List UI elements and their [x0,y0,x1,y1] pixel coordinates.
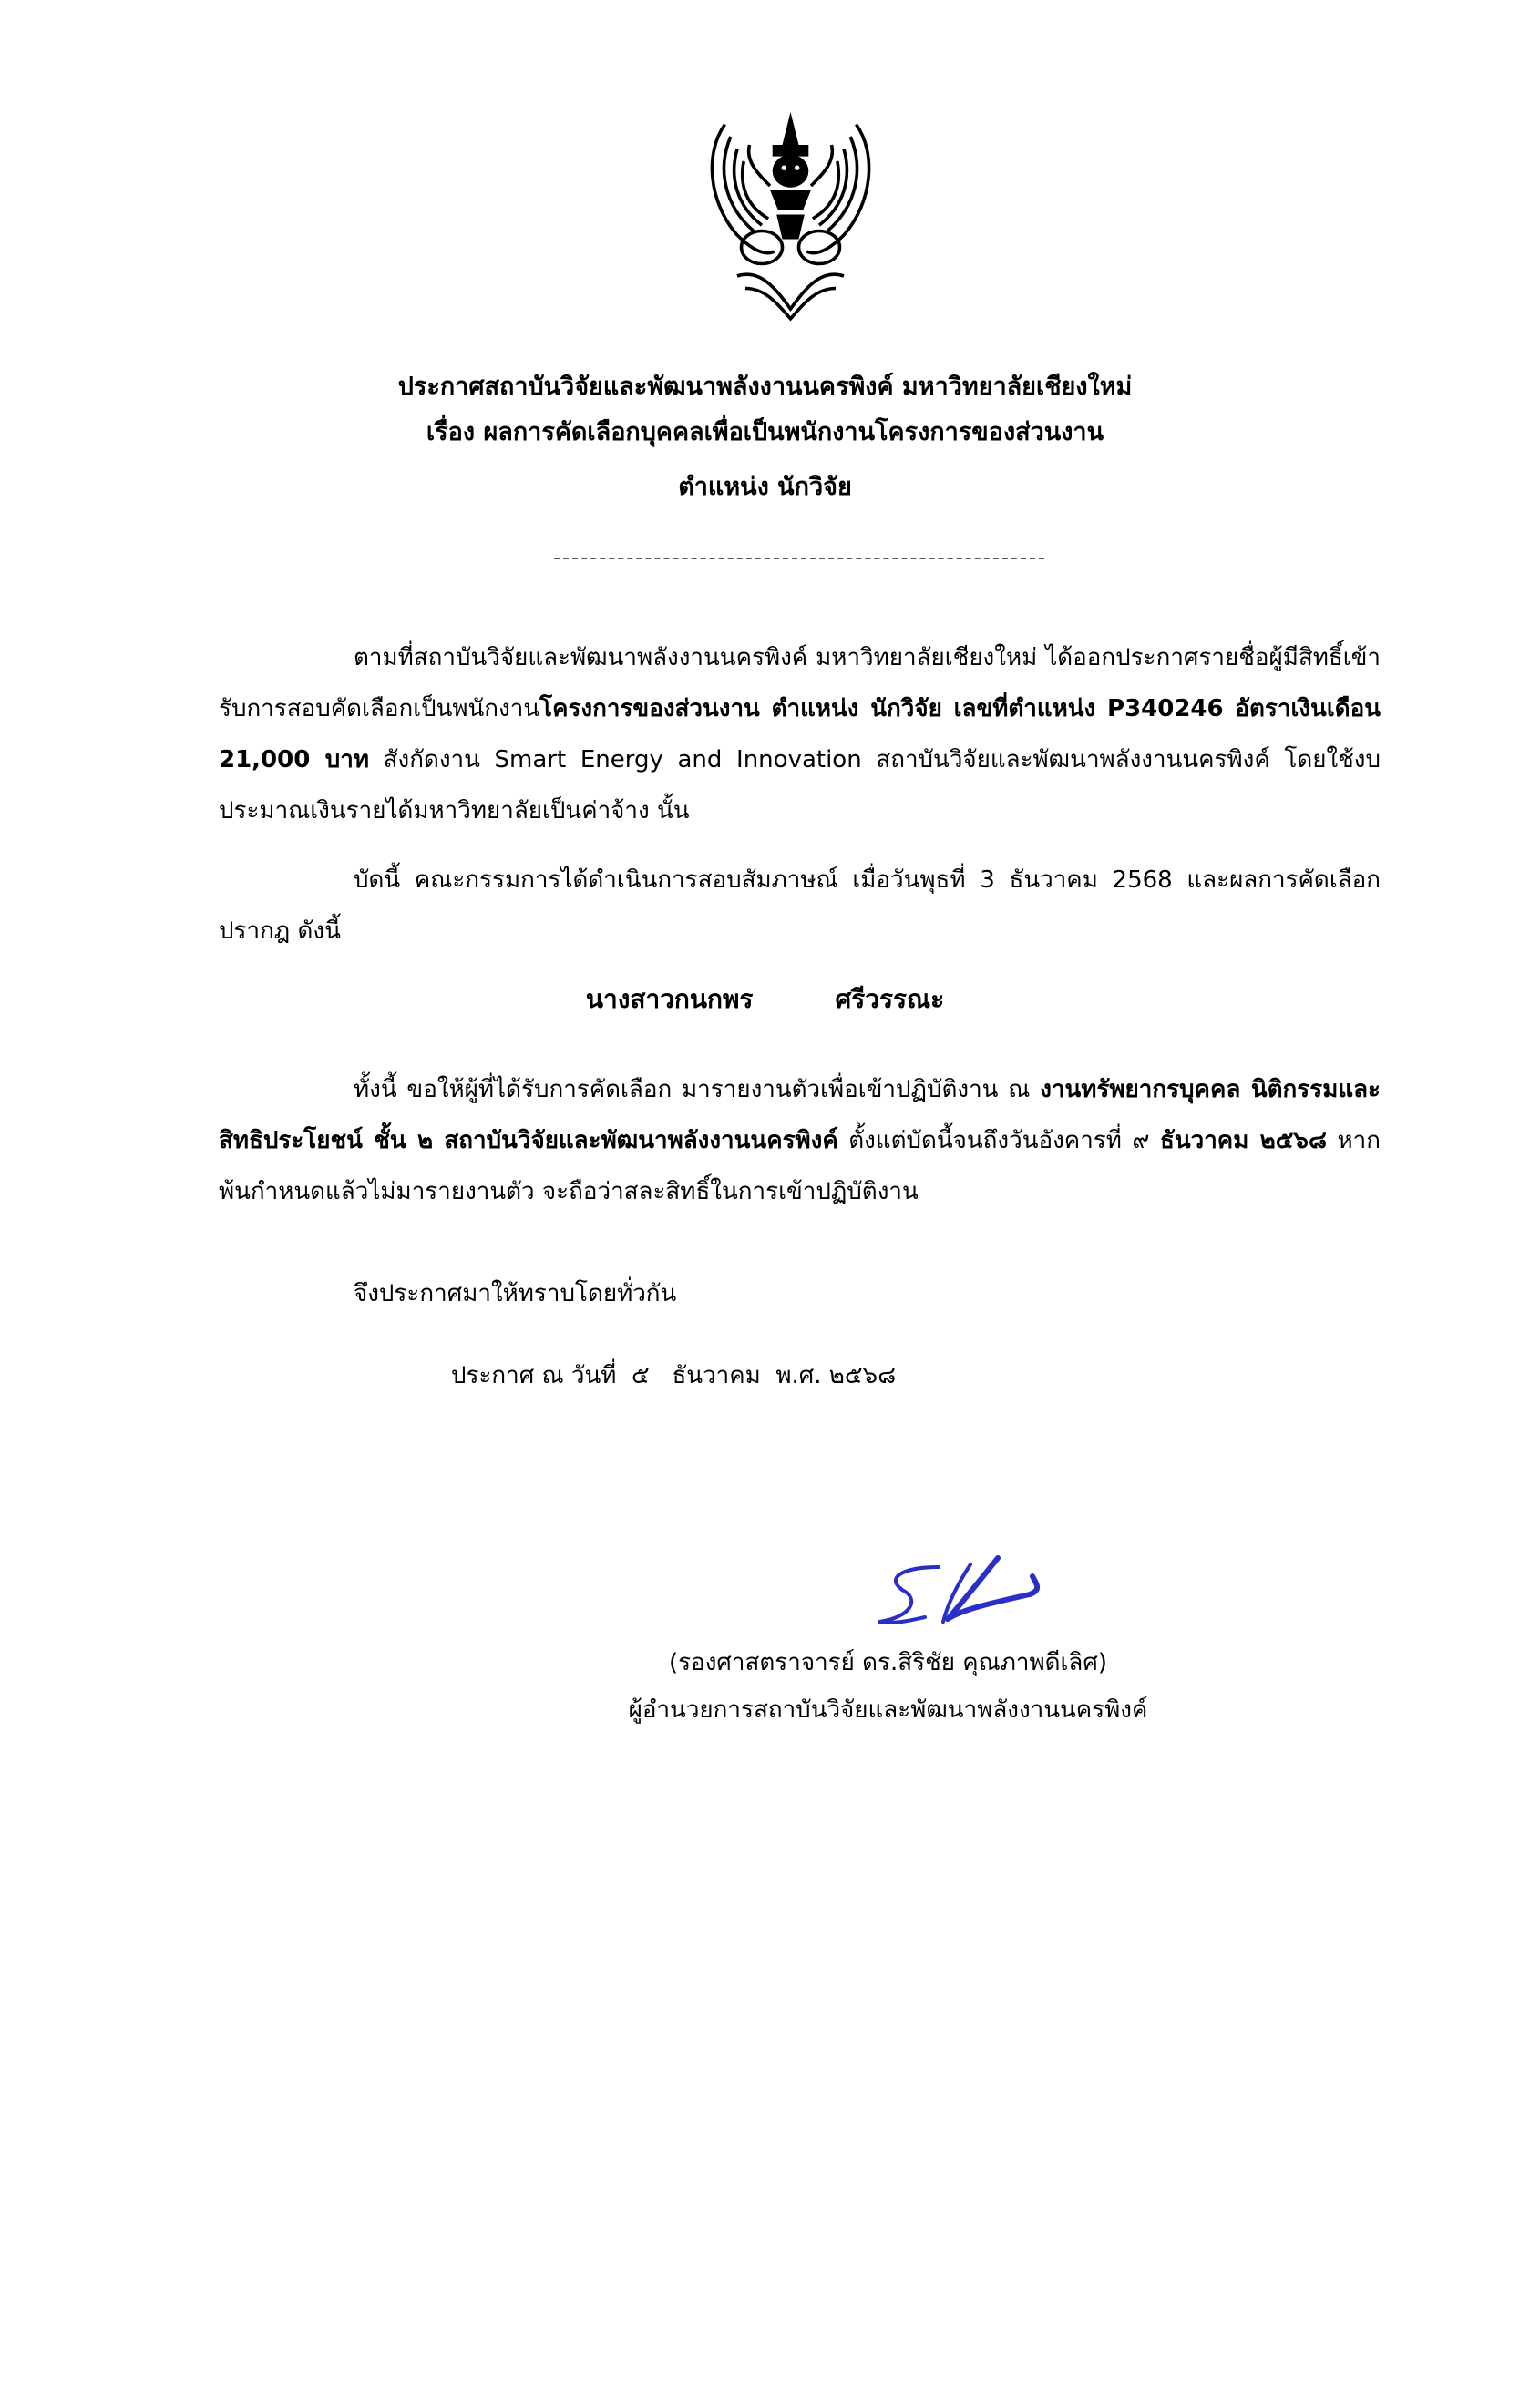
header-line-institute: ประกาศสถาบันวิจัยและพัฒนาพลังงานนครพิงค์… [0,364,1530,410]
paragraph3-bold-date: ธันวาคม ๒๕๖๘ [1160,1127,1327,1154]
signature-icon [870,1553,1107,1635]
header-line-position: ตำแหน่ง นักวิจัย [0,465,1530,510]
paragraph-report-instructions: ทั้งนี้ ขอให้ผู้ที่ได้รับการคัดเลือก มาร… [219,1064,1381,1217]
paragraph1-text-cont: สังกัดงาน Smart Energy and Innovation สถ… [219,746,1381,825]
closing-statement: จึงประกาศมาให้ทราบโดยทั่วกัน [354,1271,676,1317]
signer-title: ผู้อำนวยการสถาบันวิจัยและพัฒนาพลังงานนคร… [0,1687,1530,1733]
candidate-first-name: นางสาวกนกพร [586,977,754,1022]
candidate-last-name: ศรีวรรณะ [835,984,944,1014]
header-line-subject: เรื่อง ผลการคัดเลือกบุคคลเพื่อเป็นพนักงา… [0,410,1530,456]
paragraph3-text: ทั้งนี้ ขอให้ผู้ที่ได้รับการคัดเลือก มาร… [354,1076,1040,1103]
paragraph3-text-deadline: ตั้งแต่บัดนี้จนถึงวันอังคารที่ ๙ [838,1127,1160,1154]
paragraph-interview-result: บัดนี้ คณะกรรมการได้ดำเนินการสอบสัมภาษณ์… [219,855,1381,957]
paragraph2-text: บัดนี้ คณะกรรมการได้ดำเนินการสอบสัมภาษณ์… [219,866,1381,945]
announcement-date: ประกาศ ณ วันที่ ๕ ธันวาคม พ.ศ. ๒๕๖๘ [451,1353,896,1399]
selected-candidate: นางสาวกนกพรศรีวรรณะ [0,977,1530,1022]
signer-name: (รองศาสตราจารย์ ดร.สิริชัย คุณภาพดีเลิศ) [0,1640,1530,1686]
garuda-emblem-icon [688,98,893,331]
document-page: ประกาศสถาบันวิจัยและพัฒนาพลังงานนครพิงค์… [0,0,1530,2408]
header-divider [554,558,1044,559]
paragraph-announcement-background: ตามที่สถาบันวิจัยและพัฒนาพลังงานนครพิงค์… [219,632,1381,836]
